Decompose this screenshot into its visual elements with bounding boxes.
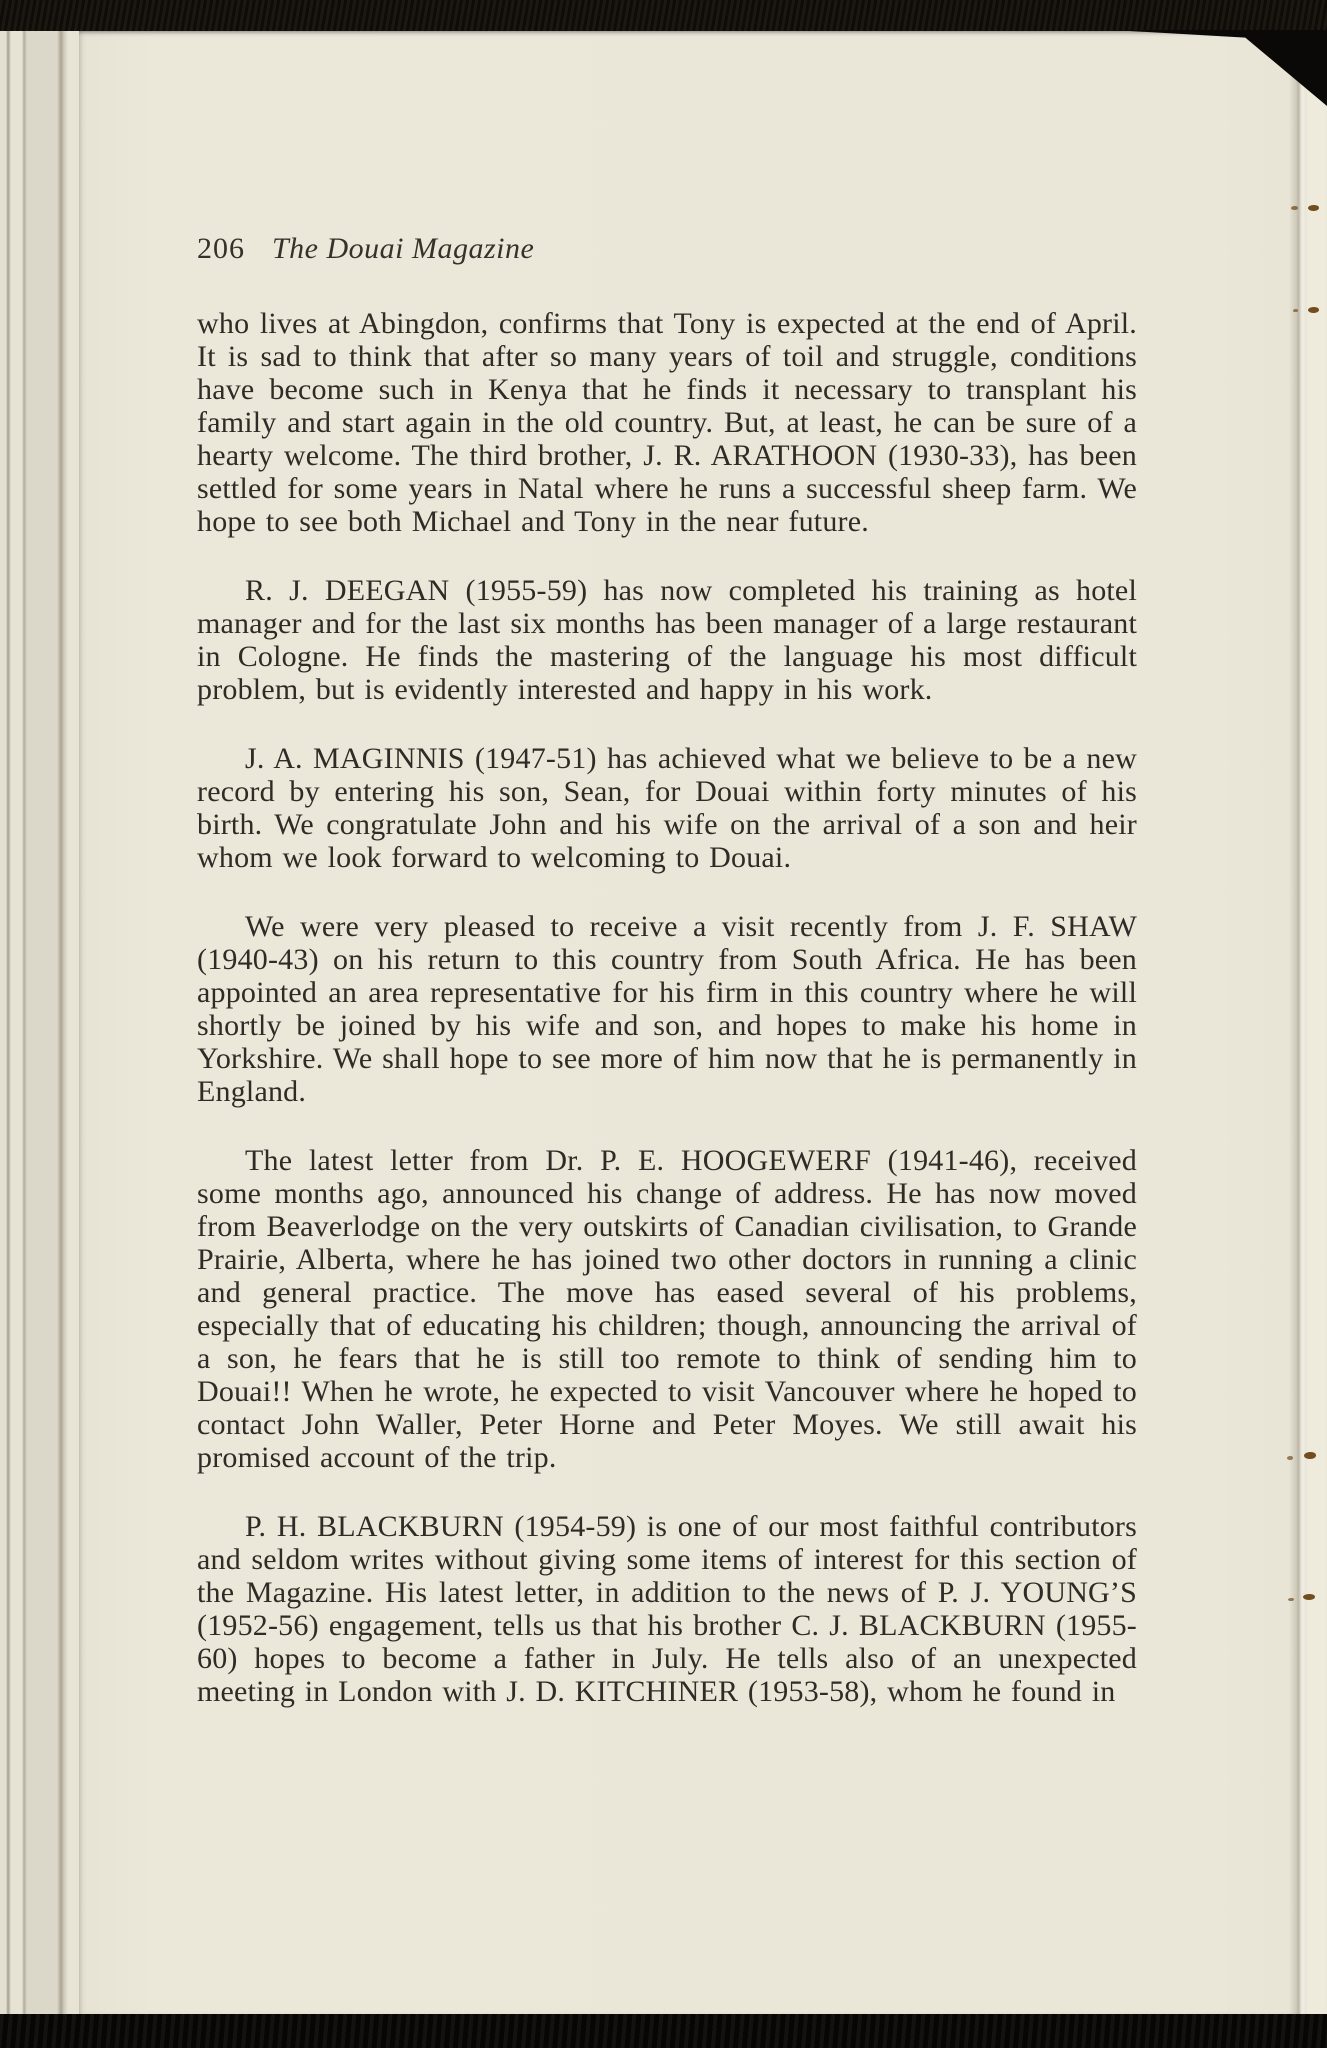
book-cover-bottom-edge <box>0 2014 1327 2048</box>
foxing-mark <box>1293 309 1298 312</box>
foxing-mark <box>1308 205 1319 211</box>
book-photo: 206 The Douai Magazine who lives at Abin… <box>0 0 1327 2048</box>
page-stack-left-edge <box>0 31 79 2014</box>
foxing-mark <box>1304 1452 1316 1459</box>
foxing-mark <box>1287 1456 1293 1460</box>
page-fold-crease <box>1289 31 1307 2014</box>
page-number: 206 <box>197 231 245 267</box>
paragraph-maginnis: J. A. MAGINNIS (1947-51) has achieved wh… <box>197 742 1137 874</box>
page-right-edge-strip <box>1307 31 1327 2014</box>
paragraph-blackburn: P. H. BLACKBURN (1954-59) is one of our … <box>197 1510 1137 1708</box>
foxing-mark <box>1291 206 1298 210</box>
paragraph-hoogewerf: The latest letter from Dr. P. E. HOOGEWE… <box>197 1144 1137 1474</box>
page-content: 206 The Douai Magazine who lives at Abin… <box>79 31 1137 1708</box>
foxing-mark <box>1303 1594 1315 1600</box>
paragraph-continuation: who lives at Abingdon, confirms that Ton… <box>197 307 1137 538</box>
foxing-mark <box>1288 1598 1294 1601</box>
page-header: 206 The Douai Magazine <box>197 231 1137 267</box>
foxing-mark <box>1308 307 1319 313</box>
magazine-page: 206 The Douai Magazine who lives at Abin… <box>79 31 1327 2014</box>
paragraph-deegan: R. J. DEEGAN (1955-59) has now completed… <box>197 574 1137 706</box>
magazine-title: The Douai Magazine <box>272 231 534 267</box>
paragraph-shaw: We were very pleased to receive a visit … <box>197 910 1137 1108</box>
book-cover-top-edge <box>0 0 1327 31</box>
